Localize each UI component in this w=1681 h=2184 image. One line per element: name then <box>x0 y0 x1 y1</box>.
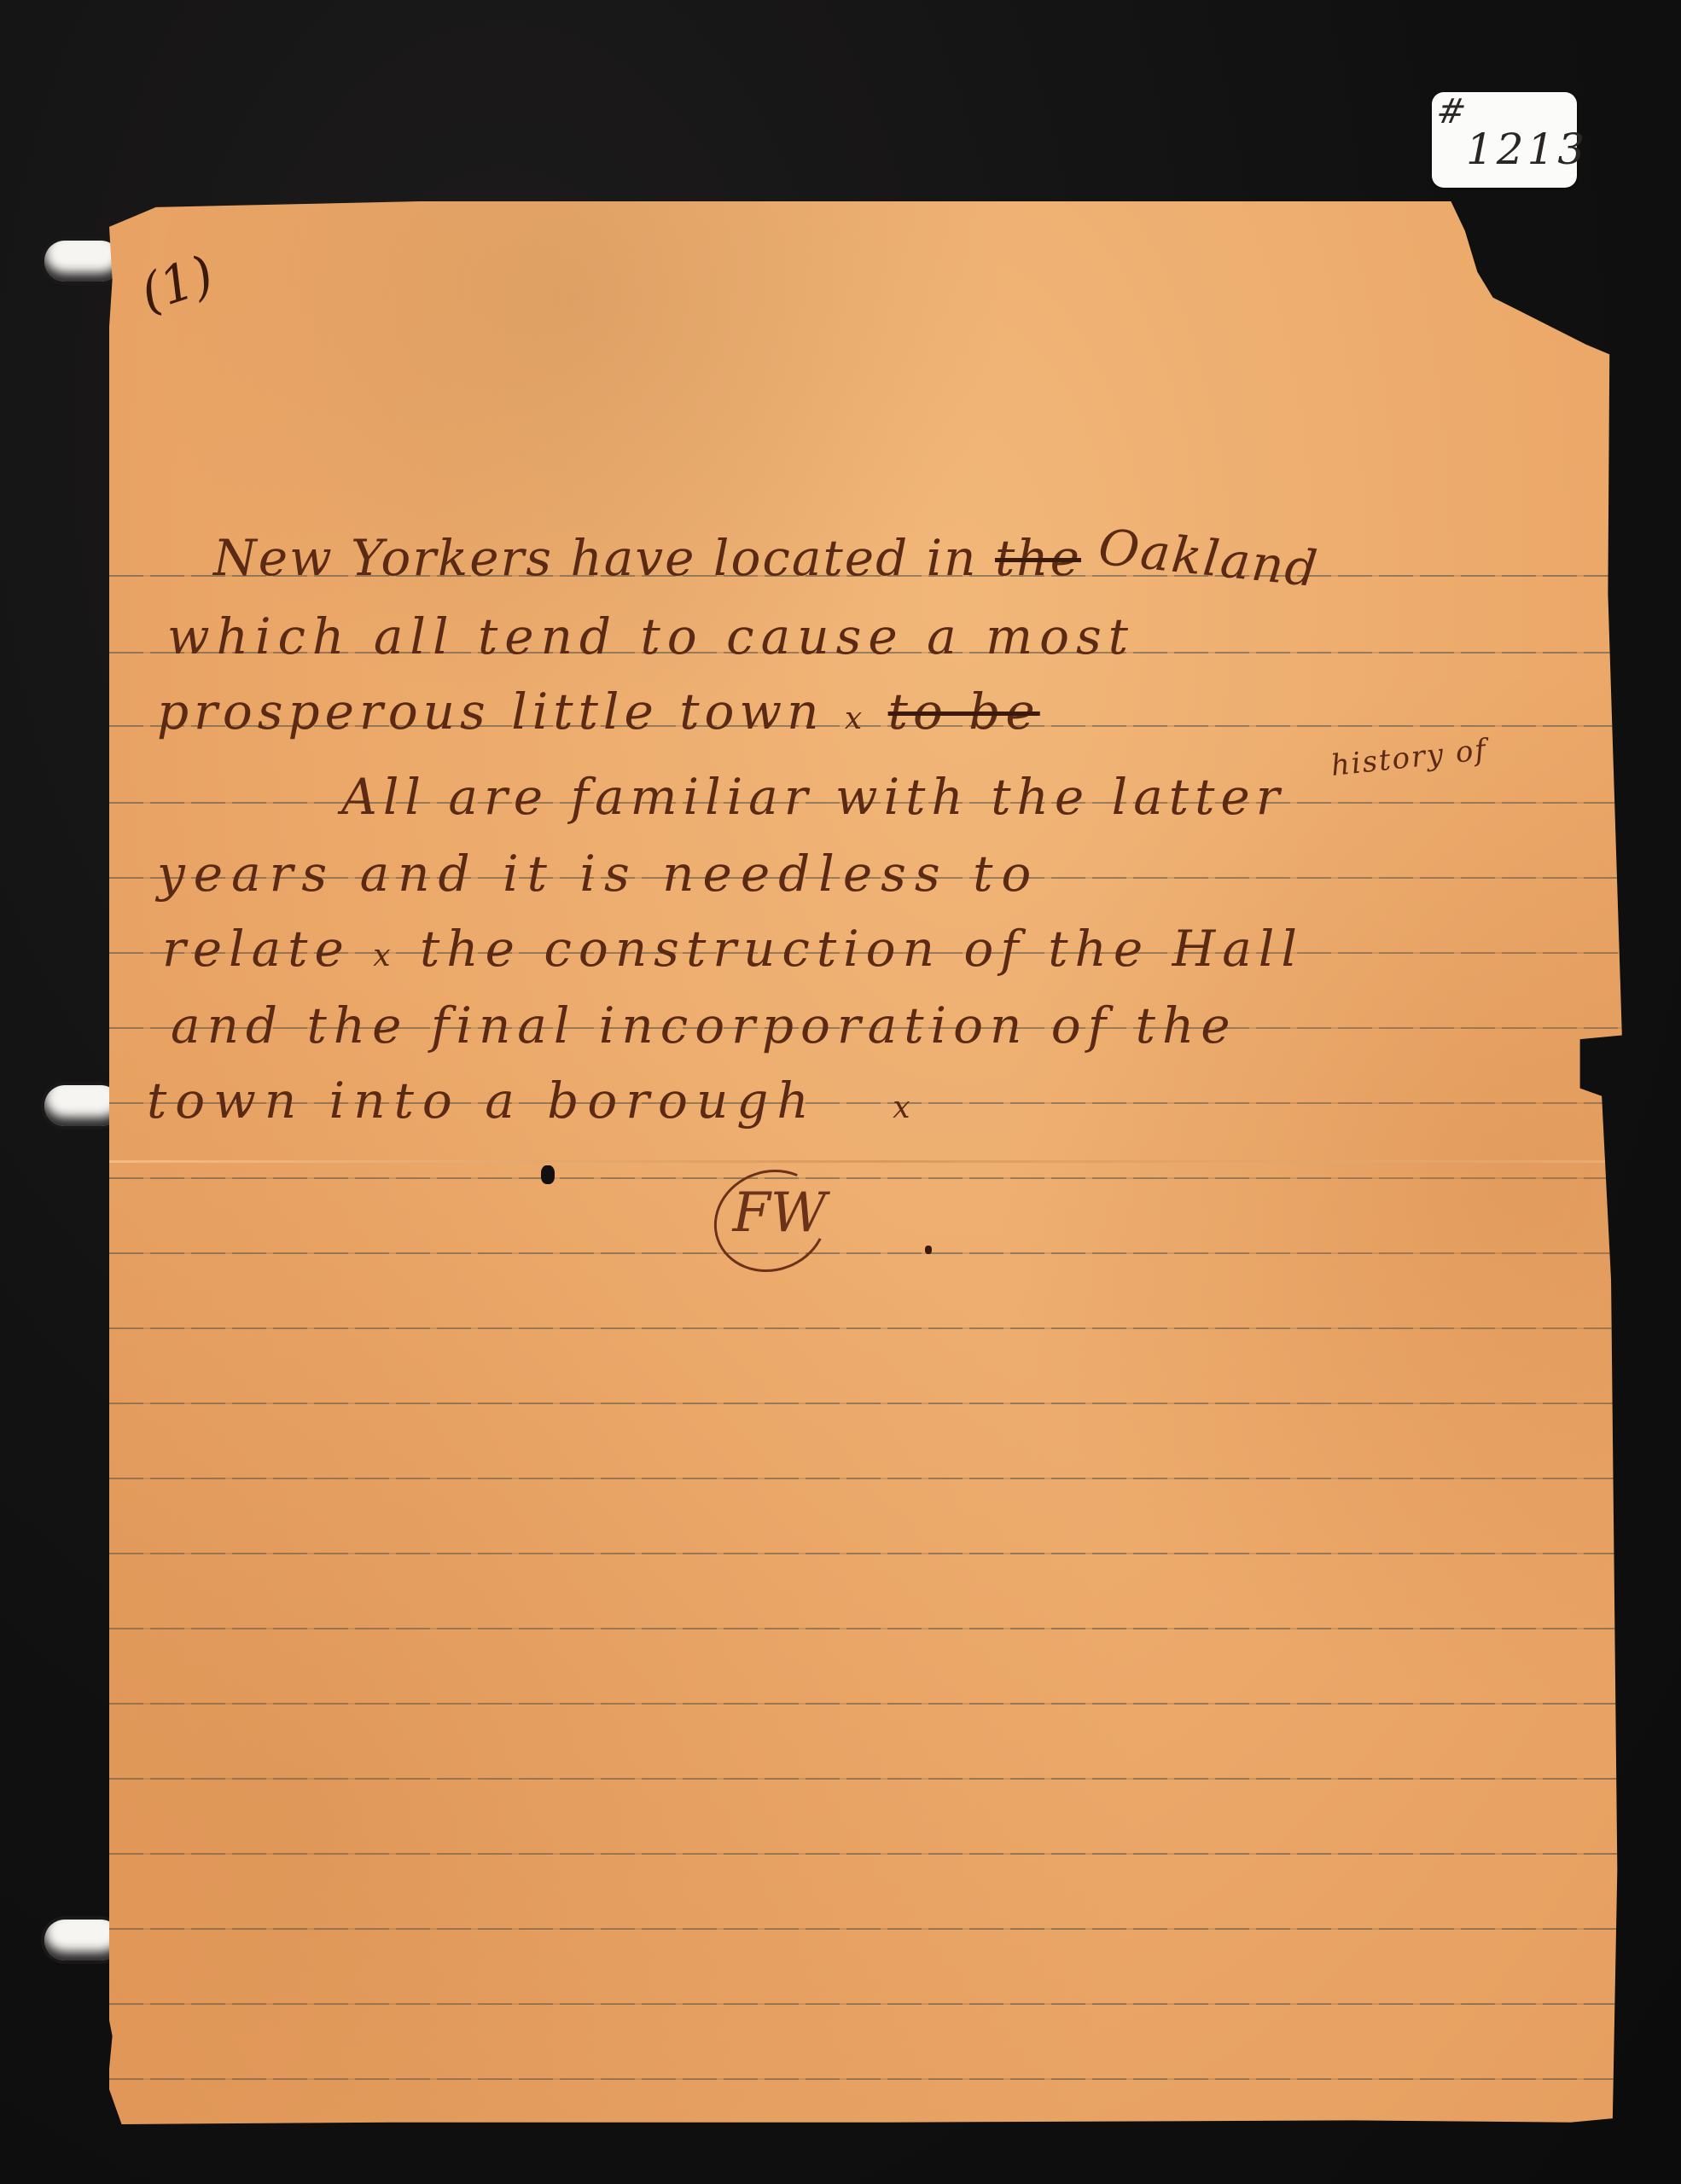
handwritten-line-8: town into a borough x <box>147 1072 919 1130</box>
ruled-line <box>109 1703 1664 1705</box>
handwritten-line-4: All are familiar with the latter <box>341 768 1285 826</box>
insertion-mark: x <box>893 1090 918 1125</box>
catalog-label-number: 1213 <box>1466 125 1588 174</box>
ruled-line <box>109 1553 1664 1554</box>
ruled-line <box>109 2003 1664 2005</box>
manuscript-page <box>109 201 1664 2164</box>
ruled-line <box>109 2078 1664 2080</box>
paper-fold-crease <box>109 1160 1664 1163</box>
handwritten-line-6: relate x the construction of the Hall <box>162 920 1304 978</box>
ruled-line <box>109 1778 1664 1780</box>
ruled-line <box>109 1928 1664 1930</box>
ruled-line <box>109 1478 1664 1479</box>
handwritten-line-1: New Yorkers have located in the Oakland <box>213 529 1319 587</box>
ruled-line <box>109 1252 1664 1254</box>
handwritten-line-5: years and it is needless to <box>157 845 1039 903</box>
struck-word: to be <box>888 682 1040 741</box>
handwritten-line-2: which all tend to cause a most <box>167 607 1135 665</box>
ruled-line <box>109 1628 1664 1629</box>
ruled-line <box>109 1177 1664 1179</box>
insertion-mark: x <box>373 938 397 973</box>
handwritten-line-7: and the final incorporation of the <box>171 996 1237 1054</box>
catalog-label-hash: # <box>1434 92 1469 131</box>
ink-blot <box>541 1165 555 1184</box>
insertion-mark: x <box>845 701 867 736</box>
catalog-label: # 1213 <box>1432 92 1577 188</box>
struck-word: the <box>995 529 1081 587</box>
ink-blot <box>925 1246 932 1254</box>
binder-hole-top <box>44 241 121 282</box>
ruled-line <box>109 1327 1664 1329</box>
ruled-line <box>109 1853 1664 1855</box>
handwritten-line-3: prosperous little town x to be <box>157 682 1040 741</box>
ruled-line <box>109 1403 1664 1404</box>
